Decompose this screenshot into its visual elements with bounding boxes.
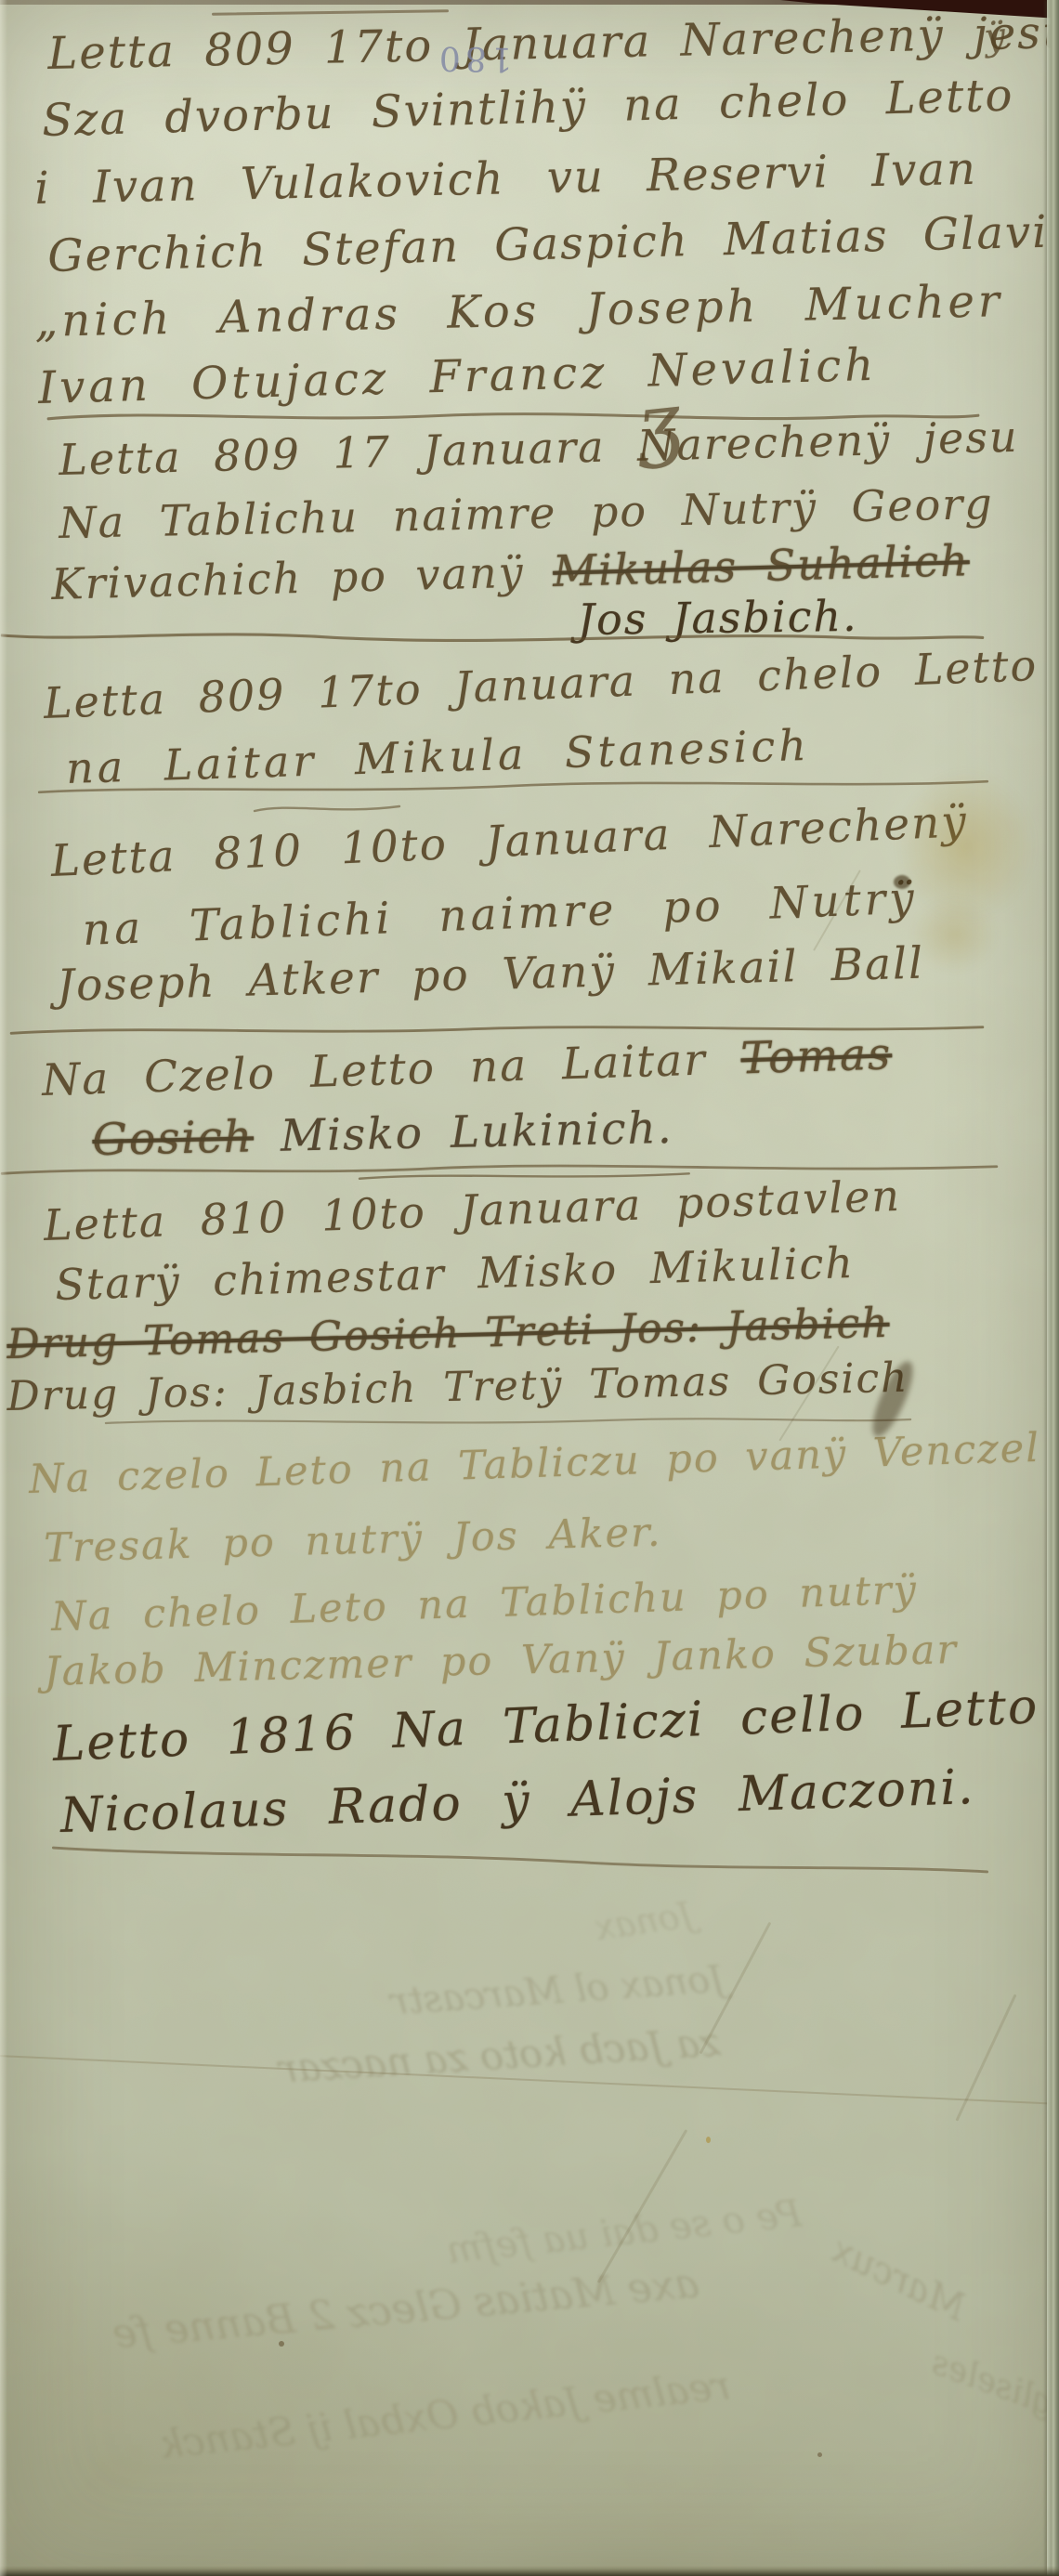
bleedthrough-text: axe Matias Glecz 2 Banne fe (111, 2259, 701, 2358)
record-line: Letta 810 10to Januara postavlen (43, 1170, 902, 1250)
entry-divider (0, 624, 985, 647)
record-line: Letta 810 10to Januara Narechenÿ (50, 796, 969, 887)
record-line: Sza dvorbu Svintlihÿ na chelo Letto (42, 70, 1015, 147)
record-line: Na chelo Leto na Tablichu po nutrÿ (50, 1567, 918, 1641)
record-line: i Ivan Vulakovich vu Reservi Ivan (34, 143, 978, 215)
bleedthrough-text: Jonax (592, 1894, 696, 1948)
record-line: Starÿ chimestar Misko Mikulich (54, 1237, 855, 1310)
record-line: Na czelo Leto na Tabliczu po vanÿ Vencze… (28, 1425, 1040, 1503)
manuscript-page: Letta 809 17to Januara Narechenÿ jesu Sz… (0, 0, 1059, 2576)
stain (910, 896, 999, 973)
left-edge-highlight (0, 0, 7, 2576)
record-text: Krivachich po vanÿ (51, 546, 554, 609)
bleedthrough-text: Pe o se dai ua fefm (445, 2192, 804, 2272)
entry-divider-squiggle (253, 801, 401, 816)
record-line: Nicolaus Rado ÿ Alojs Maczoni. (59, 1759, 975, 1844)
record-line: Letta 809 17to Januara na chelo Letto (43, 640, 1039, 728)
record-line: Ivan Otujacz Francz Nevalich (37, 339, 877, 414)
record-line: Jakob Minczmer po Vanÿ Janko Szubar (44, 1627, 959, 1695)
record-line: Letta 809 17to Januara Narechenÿ jesu (47, 7, 1059, 80)
record-line: Letto 1816 Na Tabliczi cello Letto (52, 1679, 1040, 1772)
pencil-page-number: 180 (435, 39, 513, 78)
page-edge-strip (1047, 0, 1059, 2576)
record-text: Misko Lukinich. (253, 1103, 673, 1162)
struck-name: Mikulas Suhalich (552, 535, 970, 596)
bleedthrough-text: Marcux (825, 2228, 973, 2329)
pen-dash (212, 9, 449, 16)
record-line: Tresak po nutrÿ Jos Aker. (44, 1510, 662, 1572)
speck (817, 2452, 822, 2457)
ink-blot (894, 875, 910, 889)
entry-divider (51, 1838, 989, 1880)
record-text: Na Czelo Letto na Laitar (41, 1033, 741, 1106)
top-edge-shadow (0, 0, 1059, 5)
bleedthrough-text: gliseles (926, 2344, 1059, 2423)
record-line: Gosich Misko Lukinich. (92, 1103, 673, 1166)
bottom-edge-shadow (0, 2566, 1059, 2576)
record-line: Gerchich Stefan Gaspich Matias Glavi, (47, 205, 1059, 282)
record-line: „nich Andras Kos Joseph Mucher (34, 275, 1004, 347)
struck-name: Tomas (740, 1028, 893, 1084)
bleedthrough-text: za Jacb koto za naczar (278, 2020, 722, 2092)
bleedthrough-text: Jonax ol Marcastr (389, 1957, 726, 2023)
bleedthrough-text: realme Jakob Oxbal ij Stanck (157, 2362, 732, 2467)
corner-mark: ÿ (982, 15, 1009, 59)
speck (706, 2137, 711, 2143)
